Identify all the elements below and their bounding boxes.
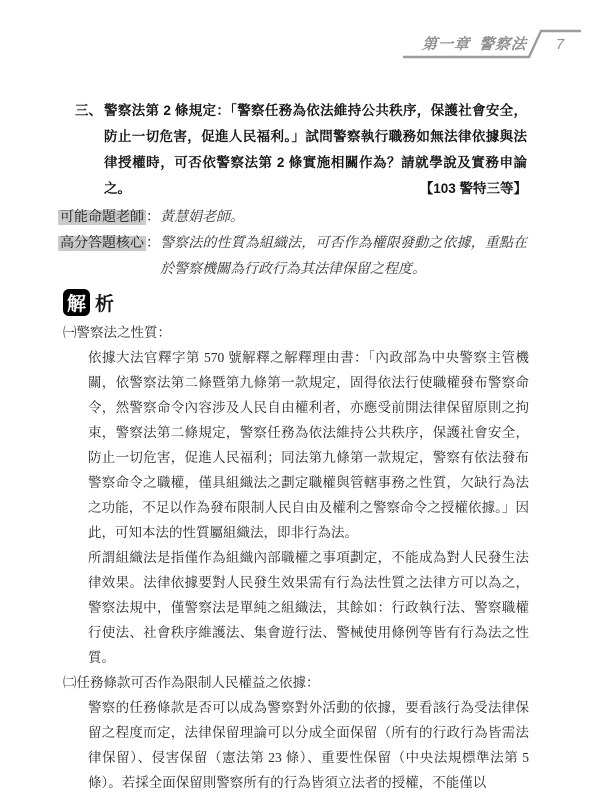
page-number: 7	[546, 36, 574, 54]
analysis-title: 析	[95, 289, 114, 316]
chapter-number: 第一章	[421, 36, 471, 53]
section-1-heading: ㈠警察法之性質：	[63, 320, 529, 345]
tips-block: 可能命題老師： 黃慧娟老師。 高分答題核心： 警察法的性質為組織法，可否作為權限…	[58, 205, 527, 283]
exam-tag: 【103 警特三等】	[420, 176, 527, 202]
question-number: 三、	[75, 98, 104, 202]
section-2-paragraph-1: 警察的任務條款是否可以成為警察對外活動的依據，要看該行為受法律保留之程度而定，法…	[88, 695, 529, 795]
analysis-badge-icon: 解	[63, 289, 90, 316]
core-value: 警察法的性質為組織法，可否作為權限發動之依據，重點在於警察機關為行政行為其法律保…	[160, 231, 527, 283]
core-colon: ：	[146, 236, 160, 251]
teacher-colon: ：	[146, 210, 160, 225]
page-content: 三、 警察法第 2 條規定：「警察任務為依法維持公共秩序，保護社會安全，防止一切…	[0, 0, 591, 795]
book-page: 第一章警察法 7 三、 警察法第 2 條規定：「警察任務為依法維持公共秩序，保護…	[0, 0, 591, 800]
section-2-heading-text: 任務條款可否作為限制人民權益之依據：	[77, 675, 320, 690]
chapter-law-name: 警察法	[478, 36, 528, 53]
section-2-heading: ㈡任務條款可否作為限制人民權益之依據：	[63, 670, 529, 695]
section-1-paragraph-2: 所謂組織法是指僅作為組織內部職權之事項劃定，不能成為對人民發生法律效果。法律依據…	[88, 545, 529, 670]
analysis-section-2: ㈡任務條款可否作為限制人民權益之依據： 警察的任務條款是否可以成為警察對外活動的…	[63, 670, 529, 795]
page-header: 第一章警察法 7	[402, 26, 586, 62]
analysis-section-1: ㈠警察法之性質： 依據大法官釋字第 570 號解釋之解釋理由書：「內政部為中央警…	[63, 320, 529, 670]
tip-row-core: 高分答題核心： 警察法的性質為組織法，可否作為權限發動之依據，重點在於警察機關為…	[58, 231, 527, 283]
teacher-value: 黃慧娟老師。	[160, 205, 527, 231]
section-1-heading-text: 警察法之性質：	[77, 325, 172, 340]
question-body: 警察法第 2 條規定：「警察任務為依法維持公共秩序，保護社會安全，防止一切危害，…	[104, 98, 527, 202]
core-label: 高分答題核心：	[58, 231, 160, 257]
analysis-header: 解 析	[63, 288, 591, 317]
chapter-title: 第一章警察法	[421, 35, 528, 54]
teacher-label: 可能命題老師：	[58, 205, 160, 231]
tip-row-teacher: 可能命題老師： 黃慧娟老師。	[58, 205, 527, 231]
question-block: 三、 警察法第 2 條規定：「警察任務為依法維持公共秩序，保護社會安全，防止一切…	[75, 98, 527, 202]
section-1-paragraph-1: 依據大法官釋字第 570 號解釋之解釋理由書：「內政部為中央警察主管機關，依警察…	[88, 345, 529, 545]
section-1-marker: ㈠	[63, 325, 77, 340]
section-2-marker: ㈡	[63, 675, 77, 690]
